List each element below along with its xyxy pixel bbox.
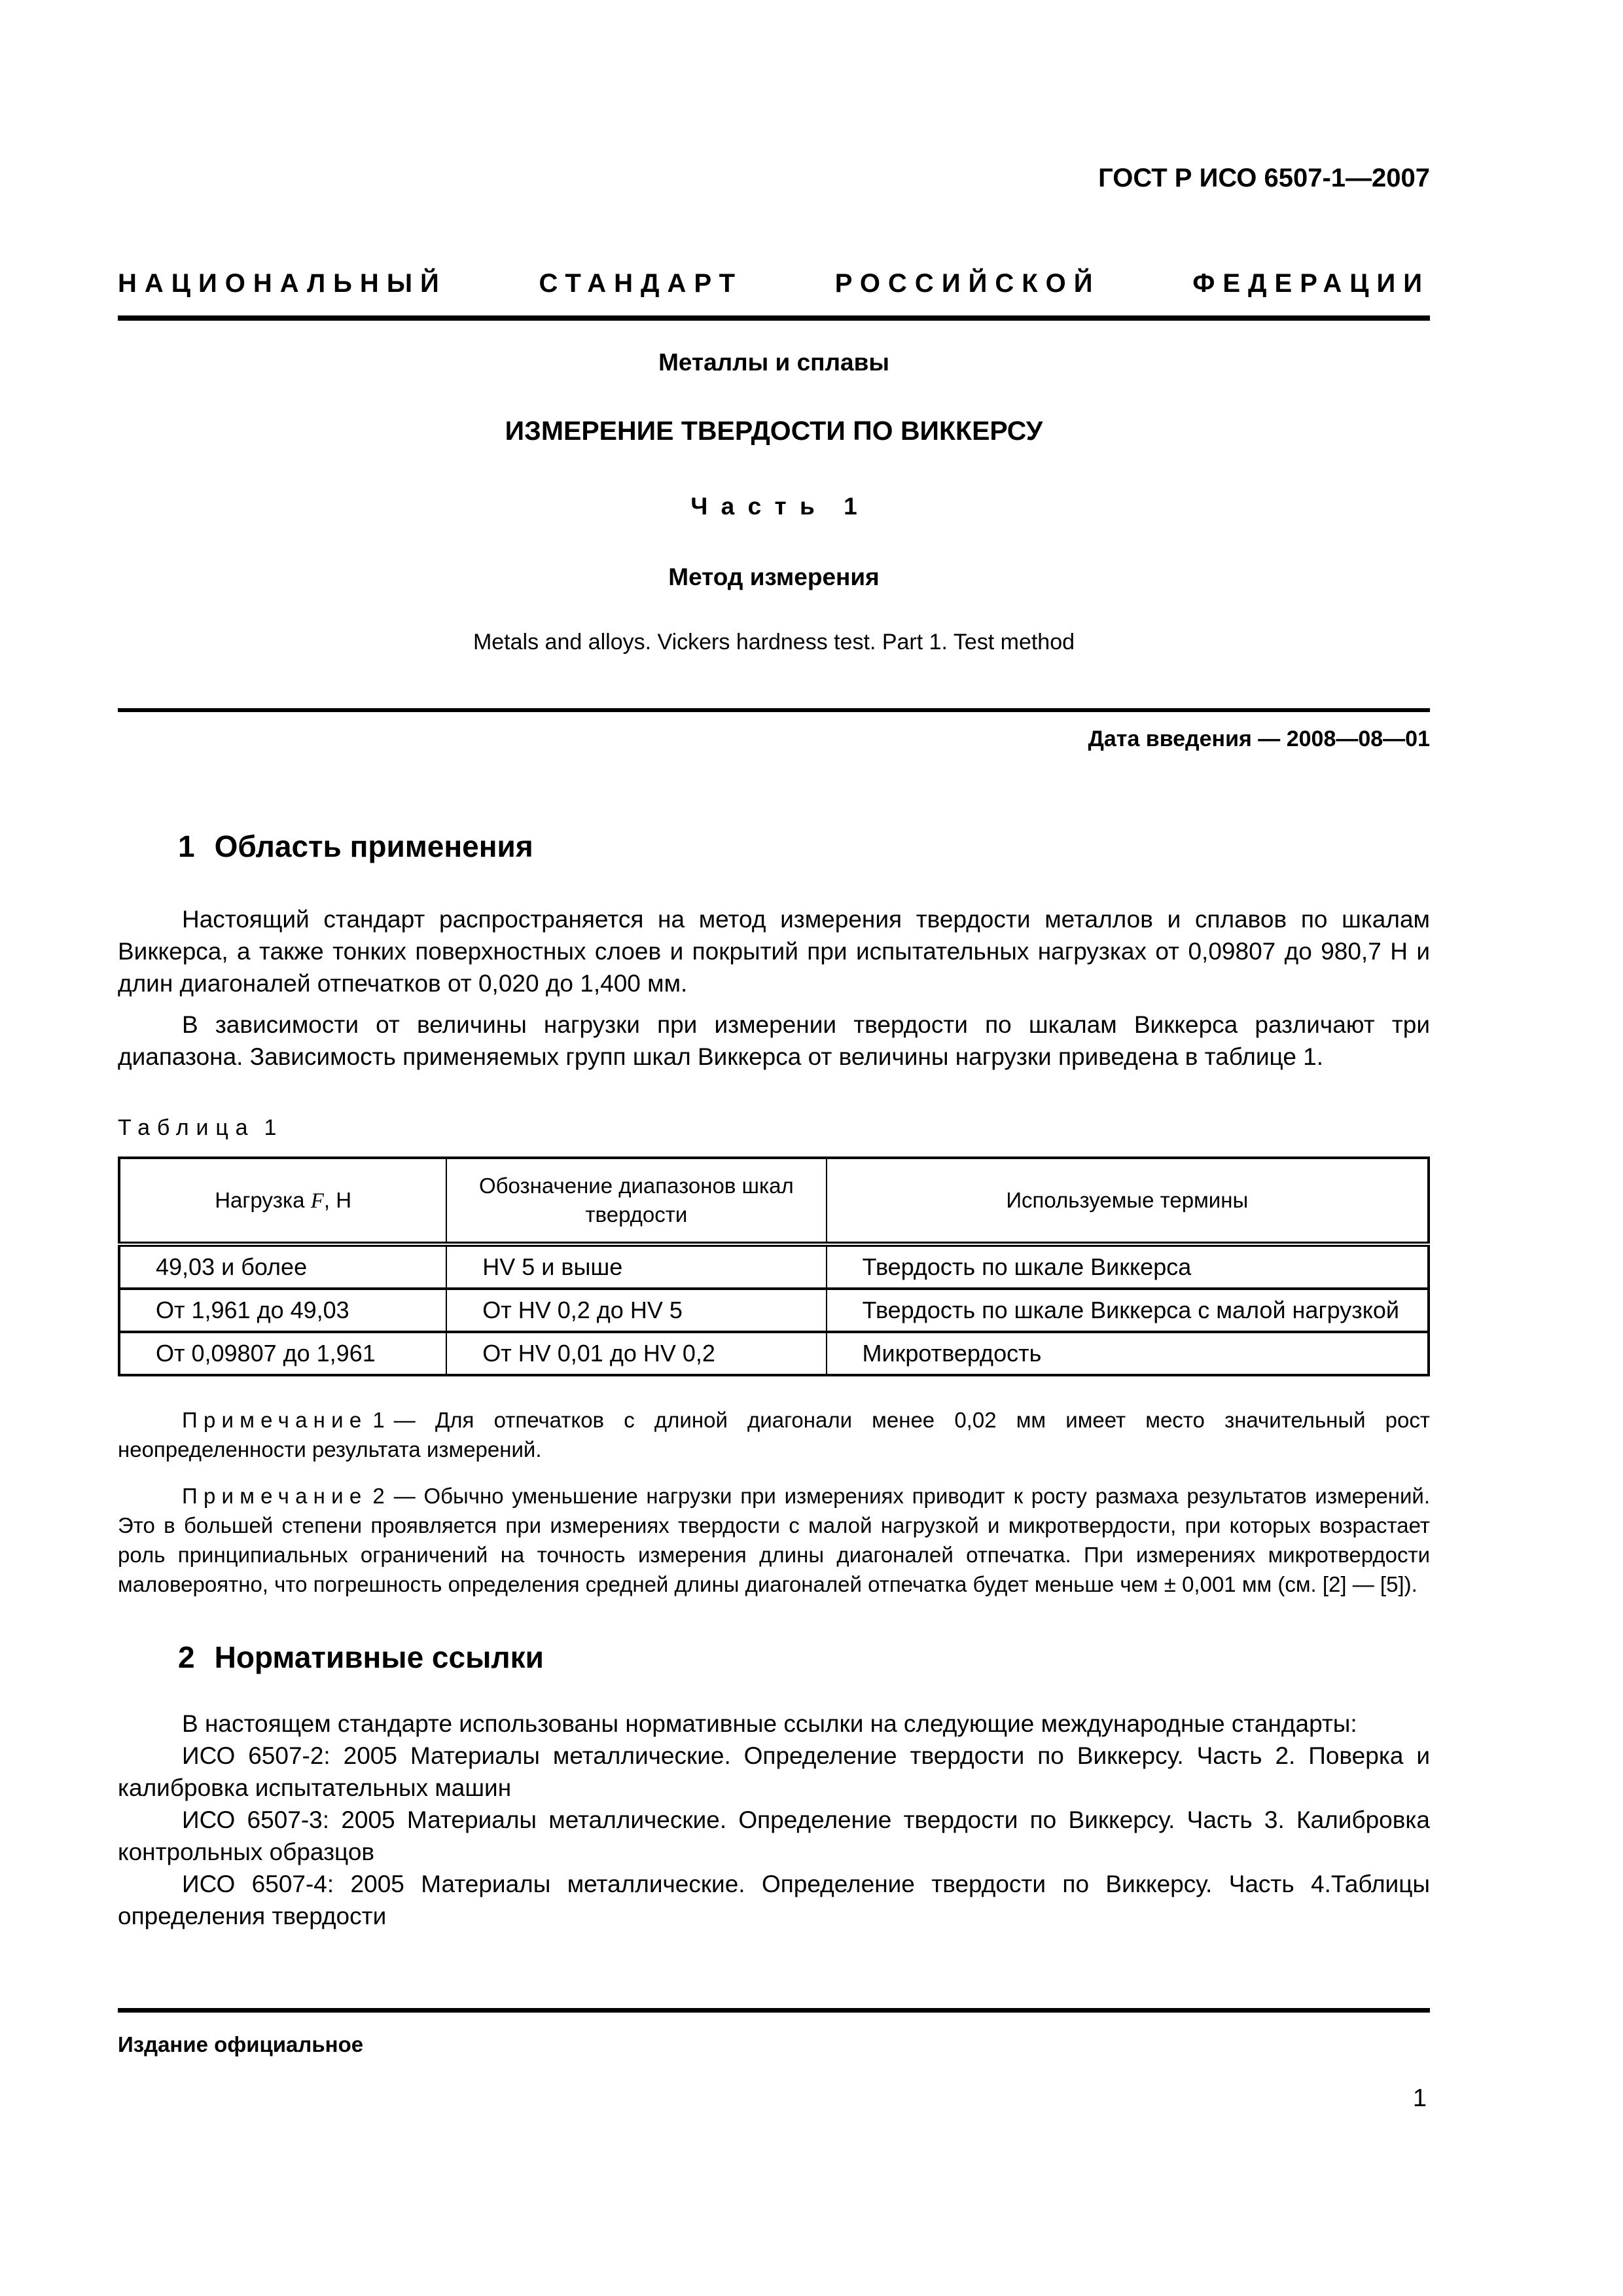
table-caption-label: Таблица — [118, 1115, 255, 1140]
note-1: Примечание1— Для отпечатков с длиной диа… — [118, 1405, 1430, 1464]
effective-date: Дата введения — 2008—08—01 — [118, 726, 1430, 751]
section-1-number: 1 — [178, 829, 195, 863]
page-number: 1 — [1413, 2085, 1427, 2111]
force-symbol: F — [311, 1189, 324, 1213]
table-header-row: Нагрузка F, Н Обозначение диапазонов шка… — [119, 1158, 1429, 1244]
table-row: От 0,09807 до 1,961 От HV 0,01 до HV 0,2… — [119, 1332, 1429, 1375]
cell-term: Твердость по шкале Виккерса — [827, 1244, 1429, 1289]
doc-code-header: ГОСТ Р ИСО 6507-1—2007 — [118, 165, 1430, 191]
divider-middle-rule — [118, 708, 1430, 712]
load-label-suffix: , Н — [324, 1188, 351, 1212]
title-group: Металлы и сплавы — [118, 350, 1430, 376]
cell-range: От HV 0,2 до HV 5 — [446, 1289, 826, 1332]
divider-footer-rule — [118, 2008, 1430, 2013]
column-header-scale-ranges: Обозначение диапазонов шкал твердости — [446, 1158, 826, 1244]
part-label: Часть — [690, 493, 828, 520]
table-caption: Таблица1 — [118, 1115, 1430, 1141]
part-line: Часть1 — [118, 493, 1430, 520]
note-1-number: 1 — [372, 1408, 384, 1432]
part-number: 1 — [844, 493, 857, 520]
note-2: Примечание2— Обычно уменьшение нагрузки … — [118, 1481, 1430, 1599]
paragraph-refs-intro: В настоящем стандарте использованы норма… — [118, 1708, 1430, 1740]
footer: Издание официальное — [118, 2008, 1430, 2057]
divider-top-rule — [118, 315, 1430, 321]
table-row: От 1,961 до 49,03 От HV 0,2 до HV 5 Твер… — [119, 1289, 1429, 1332]
note-2-number: 2 — [372, 1484, 384, 1508]
reference-iso-6507-3: ИСО 6507-3: 2005 Материалы металлические… — [118, 1804, 1430, 1868]
reference-iso-6507-2: ИСО 6507-2: 2005 Материалы металлические… — [118, 1740, 1430, 1804]
official-edition-note: Издание официальное — [118, 2032, 1430, 2057]
title-main: ИЗМЕРЕНИЕ ТВЕРДОСТИ ПО ВИККЕРСУ — [118, 416, 1430, 445]
section-1-heading: 1Область применения — [118, 830, 1430, 863]
cell-range: HV 5 и выше — [446, 1244, 826, 1289]
load-label-prefix: Нагрузка — [215, 1188, 311, 1212]
subtitle: Метод измерения — [118, 564, 1430, 590]
paragraph-scope-2: В зависимости от величины нагрузки при и… — [118, 1009, 1430, 1073]
table-row: 49,03 и более HV 5 и выше Твердость по ш… — [119, 1244, 1429, 1289]
reference-iso-6507-4: ИСО 6507-4: 2005 Материалы металлические… — [118, 1868, 1430, 1932]
document-page: ГОСТ Р ИСО 6507-1—2007 НАЦИОНАЛЬНЫЙ СТАН… — [118, 0, 1430, 2296]
cell-load: От 1,961 до 49,03 — [119, 1289, 446, 1332]
section-1-title: Область применения — [215, 829, 533, 863]
cell-range: От HV 0,01 до HV 0,2 — [446, 1332, 826, 1375]
note-1-label: Примечание — [182, 1408, 367, 1432]
table-caption-number: 1 — [264, 1115, 276, 1140]
section-2-title: Нормативные ссылки — [215, 1640, 544, 1674]
standard-type-line: НАЦИОНАЛЬНЫЙ СТАНДАРТ РОССИЙСКОЙ ФЕДЕРАЦ… — [118, 268, 1430, 298]
cell-term: Твердость по шкале Виккерса с малой нагр… — [827, 1289, 1429, 1332]
note-2-label: Примечание — [182, 1484, 367, 1508]
section-2-number: 2 — [178, 1640, 195, 1674]
title-english: Metals and alloys. Vickers hardness test… — [118, 630, 1430, 655]
cell-term: Микротвердость — [827, 1332, 1429, 1375]
cell-load: 49,03 и более — [119, 1244, 446, 1289]
column-header-terms: Используемые термины — [827, 1158, 1429, 1244]
column-header-load: Нагрузка F, Н — [119, 1158, 446, 1244]
paragraph-scope-1: Настоящий стандарт распространяется на м… — [118, 903, 1430, 999]
cell-load: От 0,09807 до 1,961 — [119, 1332, 446, 1375]
table-1: Нагрузка F, Н Обозначение диапазонов шка… — [118, 1157, 1430, 1376]
section-2-heading: 2Нормативные ссылки — [118, 1641, 1430, 1674]
